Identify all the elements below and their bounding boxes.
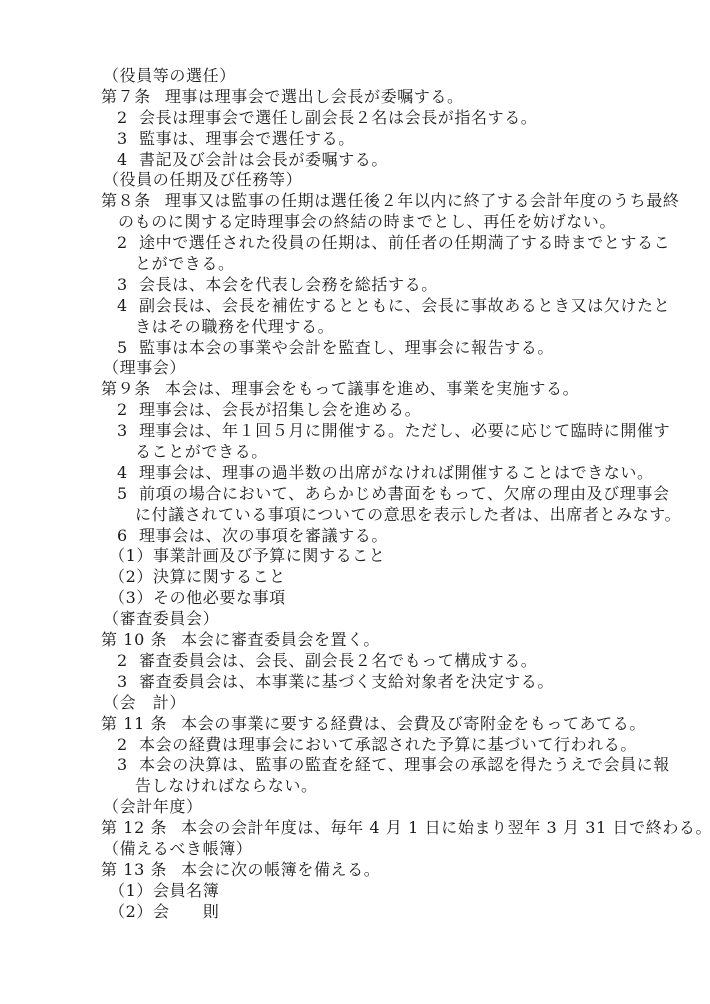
paragraph-text: 理事会は、理事の過半数の出席がなければ開催することはできない。: [139, 463, 654, 482]
article-text: 本会の事業に要する経費は、会費及び寄附金をもってあてる。: [181, 714, 646, 733]
section-heading: （役員の任期及び任務等）: [101, 170, 646, 191]
article-label: 第 13 条: [101, 860, 167, 881]
item-number: （1）: [109, 546, 153, 565]
paragraph-number: 3: [117, 421, 139, 442]
paragraph-text: 前項の場合において、あらかじめ書面をもって、欠席の理由及び理事会: [139, 484, 670, 503]
section-heading: （審査委員会）: [101, 609, 646, 630]
article-text: 理事は理事会で選出し会長が委嘱する。: [165, 87, 464, 106]
paragraph-number: 5: [117, 484, 139, 505]
paragraph-text: 副会長は、会長を補佐するとともに、会長に事故あるとき又は欠けたと: [139, 296, 670, 315]
paragraph-number: 2: [117, 651, 139, 672]
item-text: 会 則: [153, 902, 219, 921]
paragraph-text: 理事会は、会長が招集し会を進める。: [139, 400, 421, 419]
paragraph-number: 3: [117, 275, 139, 296]
article: 第 11 条本会の事業に要する経費は、会費及び寄附金をもってあてる。: [101, 714, 646, 735]
item-text: その他必要な事項: [153, 588, 286, 607]
article: 第９条本会は、理事会をもって議事を進め、事業を実施する。: [101, 379, 646, 400]
paragraph-text: 本会の経費は理事会において承認された予算に基づいて行われる。: [139, 735, 637, 754]
paragraph: 3理事会は、年１回５月に開催する。ただし、必要に応じて臨時に開催す: [101, 421, 646, 442]
section-heading: （備えるべき帳簿）: [101, 839, 646, 860]
list-item: （2）会 則: [101, 902, 646, 923]
paragraph: 3審査委員会は、本事業に基づく支給対象者を決定する。: [101, 672, 646, 693]
paragraph-number: 6: [117, 526, 139, 547]
paragraph-text: 途中で選任された役員の任期は、前任者の任期満了する時までとするこ: [139, 233, 670, 252]
paragraph-text: 審査委員会は、本事業に基づく支給対象者を決定する。: [139, 672, 554, 691]
item-text: 決算に関すること: [153, 567, 286, 586]
paragraph: 3監事は、理事会で選任する。: [101, 129, 646, 150]
item-number: （2）: [109, 567, 153, 586]
paragraph-number: 3: [117, 755, 139, 776]
article-text: 本会は、理事会をもって議事を進め、事業を実施する。: [165, 379, 579, 398]
paragraph: 2審査委員会は、会長、副会長２名でもって構成する。: [101, 651, 646, 672]
article-label: 第７条: [101, 87, 151, 108]
list-item: （1）事業計画及び予算に関すること: [101, 546, 646, 567]
article-text: 本会に審査委員会を置く。: [181, 630, 380, 649]
paragraph-continuation: とができる。: [101, 254, 646, 275]
paragraph-continuation: に付議されている事項についての意思を表示した者は、出席者とみなす。: [101, 505, 646, 526]
paragraph: 4理事会は、理事の過半数の出席がなければ開催することはできない。: [101, 463, 646, 484]
paragraph-number: 2: [117, 233, 139, 254]
document-page: （役員等の選任） 第７条理事は理事会で選出し会長が委嘱する。 2会長は理事会で選…: [101, 66, 646, 923]
article-label: 第 10 条: [101, 630, 167, 651]
paragraph-text: 理事会は、年１回５月に開催する。ただし、必要に応じて臨時に開催す: [139, 421, 670, 440]
paragraph: 6理事会は、次の事項を審議する。: [101, 526, 646, 547]
item-number: （2）: [109, 902, 153, 921]
paragraph-text: 会長は、本会を代表し会務を総括する。: [139, 275, 438, 294]
article-text: 理事又は監事の任期は選任後２年以内に終了する会計年度のうち最終: [165, 191, 680, 210]
list-item: （2）決算に関すること: [101, 567, 646, 588]
paragraph-number: 2: [117, 400, 139, 421]
article: 第７条理事は理事会で選出し会長が委嘱する。: [101, 87, 646, 108]
paragraph-number: 3: [117, 129, 139, 150]
paragraph-continuation: 告しなければならない。: [101, 776, 646, 797]
section-heading: （理事会）: [101, 358, 646, 379]
article-label: 第９条: [101, 379, 151, 400]
paragraph-text: 審査委員会は、会長、副会長２名でもって構成する。: [139, 651, 537, 670]
paragraph-number: 2: [117, 735, 139, 756]
paragraph: 2理事会は、会長が招集し会を進める。: [101, 400, 646, 421]
paragraph: 3会長は、本会を代表し会務を総括する。: [101, 275, 646, 296]
paragraph-text: 監事は、理事会で選任する。: [139, 129, 355, 148]
paragraph-text: 本会の決算は、監事の監査を経て、理事会の承認を得たうえで会員に報: [139, 755, 670, 774]
article-text: 本会に次の帳簿を備える。: [181, 860, 380, 879]
paragraph: 5監事は本会の事業や会計を監査し、理事会に報告する。: [101, 338, 646, 359]
item-number: （1）: [109, 881, 153, 900]
article-label: 第 12 条: [101, 818, 167, 839]
article: 第８条理事又は監事の任期は選任後２年以内に終了する会計年度のうち最終: [101, 191, 646, 212]
article-label: 第８条: [101, 191, 151, 212]
paragraph: 5前項の場合において、あらかじめ書面をもって、欠席の理由及び理事会: [101, 484, 646, 505]
article-continuation: のものに関する定時理事会の終結の時までとし、再任を妨げない。: [101, 212, 646, 233]
article: 第 10 条本会に審査委員会を置く。: [101, 630, 646, 651]
section-heading: （会計年度）: [101, 797, 646, 818]
article-label: 第 11 条: [101, 714, 167, 735]
paragraph: 4副会長は、会長を補佐するとともに、会長に事故あるとき又は欠けたと: [101, 296, 646, 317]
paragraph-continuation: きはその職務を代理する。: [101, 317, 646, 338]
paragraph: 4書記及び会計は会長が委嘱する。: [101, 150, 646, 171]
paragraph-number: 2: [117, 108, 139, 129]
paragraph-number: 4: [117, 463, 139, 484]
item-text: 会員名簿: [153, 881, 219, 900]
paragraph: 2会長は理事会で選任し副会長２名は会長が指名する。: [101, 108, 646, 129]
paragraph: 2本会の経費は理事会において承認された予算に基づいて行われる。: [101, 735, 646, 756]
list-item: （3）その他必要な事項: [101, 588, 646, 609]
paragraph-text: 会長は理事会で選任し副会長２名は会長が指名する。: [139, 108, 537, 127]
paragraph-text: 理事会は、次の事項を審議する。: [139, 526, 388, 545]
paragraph-continuation: ることができる。: [101, 442, 646, 463]
item-number: （3）: [109, 588, 153, 607]
section-heading: （役員等の選任）: [101, 66, 646, 87]
paragraph: 2途中で選任された役員の任期は、前任者の任期満了する時までとするこ: [101, 233, 646, 254]
article: 第 12 条本会の会計年度は、毎年 4 月 1 日に始まり翌年 3 月 31 日…: [101, 818, 646, 839]
paragraph-number: 5: [117, 338, 139, 359]
paragraph-text: 監事は本会の事業や会計を監査し、理事会に報告する。: [139, 338, 554, 357]
item-text: 事業計画及び予算に関すること: [153, 546, 385, 565]
paragraph-number: 3: [117, 672, 139, 693]
section-heading: （会 計）: [101, 693, 646, 714]
paragraph-number: 4: [117, 296, 139, 317]
article-text: 本会の会計年度は、毎年 4 月 1 日に始まり翌年 3 月 31 日で終わる。: [181, 818, 710, 837]
paragraph-text: 書記及び会計は会長が委嘱する。: [139, 150, 388, 169]
article: 第 13 条本会に次の帳簿を備える。: [101, 860, 646, 881]
paragraph-number: 4: [117, 150, 139, 171]
list-item: （1）会員名簿: [101, 881, 646, 902]
paragraph: 3本会の決算は、監事の監査を経て、理事会の承認を得たうえで会員に報: [101, 755, 646, 776]
